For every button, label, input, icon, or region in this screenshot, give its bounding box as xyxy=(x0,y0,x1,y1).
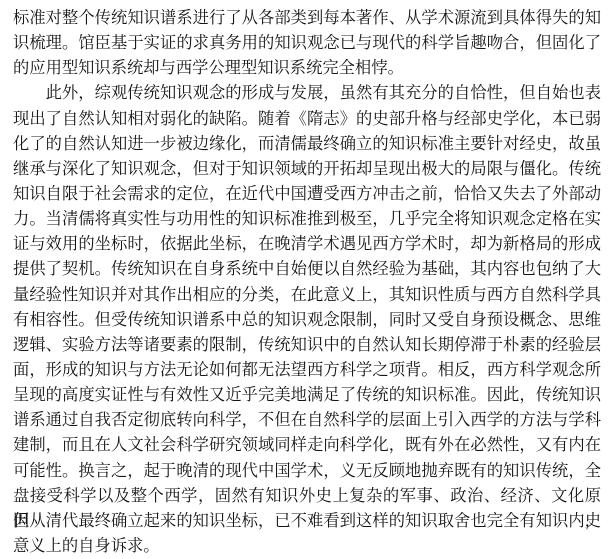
text-line: 逻辑、实验方法等诸要素的限制，传统知识中的自然认知长期停滞于朴素的经验层 xyxy=(13,332,601,357)
text-line: 量经验性知识并对其作出相应的分类，在此意义上，其知识性质与西方自然科学具 xyxy=(13,282,601,307)
text-line: 呈现的高度实证性与有效性又近乎完美地满足了传统的知识标准。因此，传统知识 xyxy=(13,382,601,407)
text-line: 谱系通过自我否定彻底转向科学，不但在自然科学的层面上引入西学的方法与学科 xyxy=(13,407,601,432)
text-line: 面，形成的知识与方法无论如何都无法望西方科学之项背。相反，西方科学观念所 xyxy=(13,357,601,382)
text-line: 证与效用的坐标时，依据此坐标，在晚清学术遇见西方学术时，却为新格局的形成 xyxy=(13,231,601,256)
text-line: 提供了契机。传统知识在自身系统中自始便以自然经验为基础，其内容也包纳了大 xyxy=(13,256,601,281)
text-line: 有相容性。但受传统知识谱系中总的知识观念限制，同时又受自身预设概念、思维 xyxy=(13,307,601,332)
text-line: 标准对整个传统知识谱系进行了从各部类到每本著作、从学术源流到具体得失的知 xyxy=(13,5,601,30)
text-line: 化了的自然认知进一步被边缘化，而清儒最终确立的知识标准主要针对经史，故虽 xyxy=(13,131,601,156)
text-line: 继承与深化了知识观念，但对于知识领域的开拓却呈现出极大的局限与僵化。传统 xyxy=(13,156,601,181)
page-text: 标准对整个传统知识谱系进行了从各部类到每本著作、从学术源流到具体得失的知识梳理。… xyxy=(13,5,601,558)
text-line: 盘接受科学以及整个西学，固然有知识外史上复杂的军事、政治、经济、文化原因， xyxy=(13,483,601,508)
paragraph: 此外，综观传统知识观念的形成与发展，虽然有其充分的自恰性，但自始也表现出了自然认… xyxy=(13,80,601,558)
paragraph: 标准对整个传统知识谱系进行了从各部类到每本著作、从学术源流到具体得失的知识梳理。… xyxy=(13,5,601,80)
text-line: 力。当清儒将真实性与功用性的知识标准推到极至，几乎完全将知识观念定格在实 xyxy=(13,206,601,231)
text-line: 建制，而且在人文社会科学研究领域同样走向科学化，既有外在必然性，又有内在 xyxy=(13,432,601,457)
text-line: 的应用型知识系统却与西学公理型知识系统完全相悖。 xyxy=(13,55,601,80)
document-page: 标准对整个传统知识谱系进行了从各部类到每本著作、从学术源流到具体得失的知识梳理。… xyxy=(0,0,612,559)
text-line: 识梳理。馆臣基于实证的求真务用的知识观念已与现代的科学旨趣吻合，但固化了 xyxy=(13,30,601,55)
text-line: 知识自限于社会需求的定位，在近代中国遭受西方冲击之前，恰恰又失去了外部动 xyxy=(13,181,601,206)
text-line: 但从清代最终确立起来的知识坐标，已不难看到这样的知识取舍也完全有知识内史 xyxy=(13,508,601,533)
text-line: 可能性。换言之，起于晚清的现代中国学术，义无反顾地抛弃既有的知识传统，全 xyxy=(13,458,601,483)
text-line: 现出了自然认知相对弱化的缺陷。随着《隋志》的史部升格与经部史学化，本已弱 xyxy=(13,106,601,131)
text-line: 意义上的自身诉求。 xyxy=(13,533,601,558)
text-line: 此外，综观传统知识观念的形成与发展，虽然有其充分的自恰性，但自始也表 xyxy=(13,80,601,105)
